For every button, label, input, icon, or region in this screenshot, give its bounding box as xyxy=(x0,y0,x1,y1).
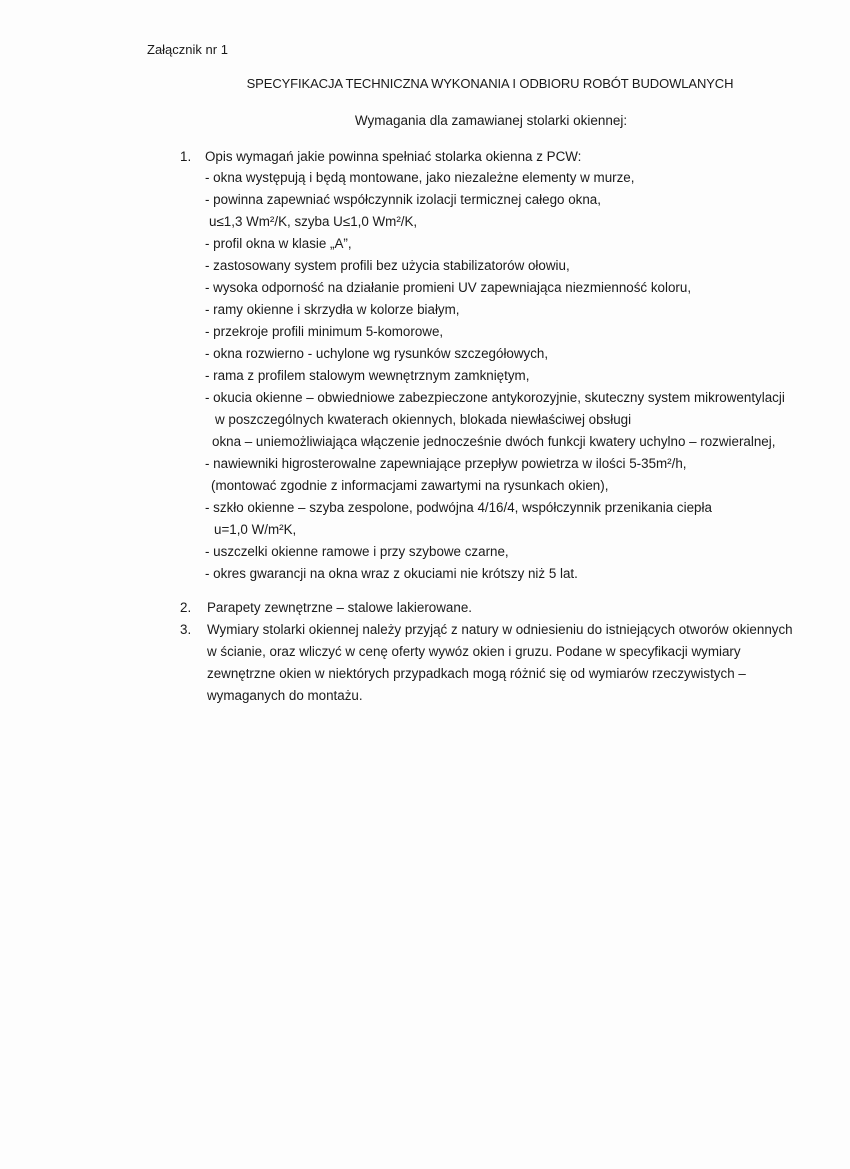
scanned-document-page: Załącznik nr 1 SPECYFIKACJA TECHNICZNA W… xyxy=(0,0,850,1169)
spec-item: - wysoka odporność na działanie promieni… xyxy=(205,279,691,297)
spec-item: - ramy okienne i skrzydła w kolorze biał… xyxy=(205,301,460,319)
document-subtitle: Wymagania dla zamawianej stolarki okienn… xyxy=(0,113,850,128)
spec-item: - okna występują i będą montowane, jako … xyxy=(205,169,634,187)
spec-item: zewnętrzne okien w niektórych przypadkac… xyxy=(207,665,746,683)
spec-item: - przekroje profili minimum 5-komorowe, xyxy=(205,323,443,341)
spec-item: - okna rozwierno - uchylone wg rysunków … xyxy=(205,345,548,363)
spec-item: - szkło okienne – szyba zespolone, podwó… xyxy=(205,499,712,517)
section-2-heading: Parapety zewnętrzne – stalowe lakierowan… xyxy=(207,599,472,617)
spec-item: - powinna zapewniać współczynnik izolacj… xyxy=(205,191,601,209)
section-1-heading: Opis wymagań jakie powinna spełniać stol… xyxy=(205,148,581,166)
spec-item: - rama z profilem stalowym wewnętrznym z… xyxy=(205,367,529,385)
spec-item: w ścianie, oraz wliczyć w cenę oferty wy… xyxy=(207,643,741,661)
spec-item: - zastosowany system profili bez użycia … xyxy=(205,257,570,275)
document-title: SPECYFIKACJA TECHNICZNA WYKONANIA I ODBI… xyxy=(0,76,850,91)
spec-item: - uszczelki okienne ramowe i przy szybow… xyxy=(205,543,509,561)
spec-item: - okres gwarancji na okna wraz z okuciam… xyxy=(205,565,578,583)
spec-item: - nawiewniki higrosterowalne zapewniając… xyxy=(205,455,687,473)
spec-item: u≤1,3 Wm²/K, szyba U≤1,0 Wm²/K, xyxy=(209,213,417,231)
section-3-heading: Wymiary stolarki okiennej należy przyjąć… xyxy=(207,621,793,639)
spec-item: (montować zgodnie z informacjami zawarty… xyxy=(211,477,608,495)
spec-item: - okucia okienne – obwiedniowe zabezpiec… xyxy=(205,389,785,407)
spec-item: w poszczególnych kwaterach okiennych, bl… xyxy=(215,411,631,429)
section-2-number: 2. xyxy=(180,599,191,617)
attachment-label: Załącznik nr 1 xyxy=(147,42,228,57)
spec-item: - profil okna w klasie „A”, xyxy=(205,235,352,253)
section-1-number: 1. xyxy=(180,148,191,166)
spec-item: wymaganych do montażu. xyxy=(207,687,363,705)
spec-item: okna – uniemożliwiająca włączenie jednoc… xyxy=(212,433,775,451)
spec-item: u=1,0 W/m²K, xyxy=(214,521,296,539)
section-3-number: 3. xyxy=(180,621,191,639)
